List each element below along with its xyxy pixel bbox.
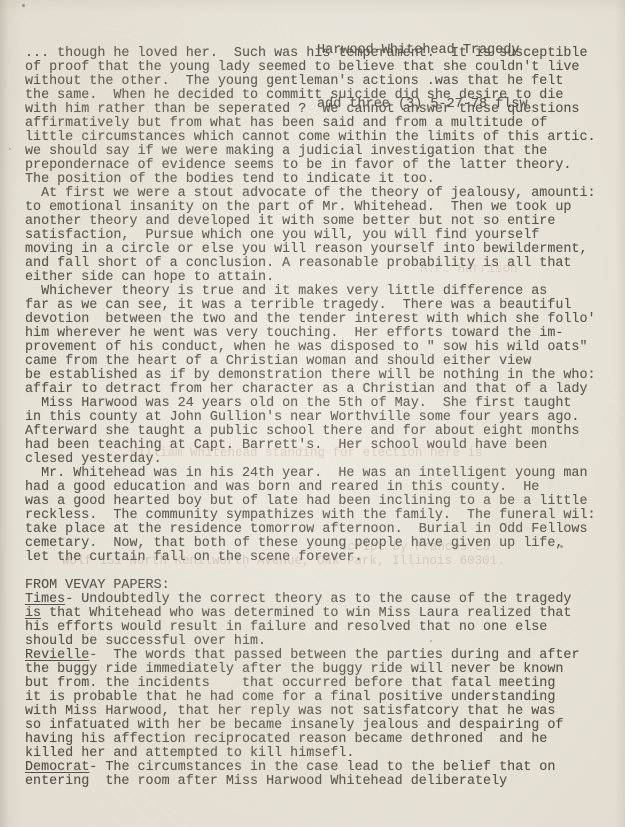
text-line: Afterward she taught a public school the… <box>25 425 596 439</box>
underlined-word: is <box>25 606 41 621</box>
text-line: either side can hope to attain. <box>25 271 596 285</box>
text-line: At first we were a stout advocate of the… <box>25 187 596 201</box>
text-line: entering the room after Miss Harwood Whi… <box>25 775 596 789</box>
text-line: affirmatively but from what has been sai… <box>25 117 596 131</box>
text-line: affair to detract from her character as … <box>25 383 596 397</box>
text-line: the same. When he decided to committ sui… <box>25 89 596 103</box>
text-line: having his affection reciprocated reason… <box>25 733 596 747</box>
text-line: the buggy ride immediately after the bug… <box>25 663 596 677</box>
text-line: with Miss Harwood, that her reply was no… <box>25 705 596 719</box>
text-line: but from. the incidents that occurred be… <box>25 677 596 691</box>
text-line: provement of his conduct, when he was di… <box>25 341 596 355</box>
text-line: we should say if we were making a judici… <box>25 145 596 159</box>
cut-off-bottom-line: Harwood Whitehead Tragedy <box>12 803 245 812</box>
text-line: was a good hearted boy but of late had b… <box>25 495 596 509</box>
paper-speck <box>430 640 432 642</box>
text-line: be established as if by demonstration th… <box>25 369 596 383</box>
text-line: The position of the bodies tend to indic… <box>25 173 596 187</box>
text-line: with him rather than be seperated ? We c… <box>25 103 596 117</box>
text-line: is that Whitehead who was determined to … <box>25 607 596 621</box>
text-line: Mr. Whitehead was in his 24th year. He w… <box>25 467 596 481</box>
text-line: reckless. The community sympathizes with… <box>25 509 596 523</box>
text-line: of proof that the young lady seemed to b… <box>25 61 596 75</box>
text-line: so infatuated with her be became insanel… <box>25 719 596 733</box>
text-line: should be successful over him. <box>25 635 596 649</box>
text-line: it is probable that he had come for a fi… <box>25 691 596 705</box>
paper-speck <box>560 545 563 548</box>
text-line: killed her and attempted to kill himsefl… <box>25 747 596 761</box>
text-line: Times- Undoubtedly the correct theory as… <box>25 593 596 607</box>
text-line: Democrat- The circumstances in the case … <box>25 761 596 775</box>
text-line: cemetary. Now, that both of these young … <box>25 537 596 551</box>
text-line: him wherever he went was very touching. … <box>25 327 596 341</box>
text-line: ... though he loved her. Such was his te… <box>25 47 596 61</box>
text-line: and fall short of a conclusion. A reason… <box>25 257 596 271</box>
text-line: Revielle- The words that passed between … <box>25 649 596 663</box>
text-line: moving in a circle or else you will reas… <box>25 243 596 257</box>
underlined-word: Times <box>25 592 65 607</box>
text-line: another theory and developed it with som… <box>25 215 596 229</box>
text-line <box>25 565 596 579</box>
text-line: to emotional insanity on the part of Mr.… <box>25 201 596 215</box>
text-line: far as we can see, it was a terrible tra… <box>25 299 596 313</box>
text-line: devotion between the two and the tender … <box>25 313 596 327</box>
text-line: came from the heart of a Christian woman… <box>25 355 596 369</box>
paper-speck <box>22 4 25 7</box>
underlined-word: Revielle <box>25 648 89 663</box>
text-line: prepondernace of evidence seems to be in… <box>25 159 596 173</box>
scanned-typewritten-page: H.F. HarrisonWilliam Whitehead standing … <box>0 0 625 827</box>
text-line: Miss Harwood was 24 years old on the 5th… <box>25 397 596 411</box>
text-line: without the other. The young gentleman's… <box>25 75 596 89</box>
text-line: satisfaction, Pursue which one you will,… <box>25 229 596 243</box>
text-line: Whichever theory is true and it makes ve… <box>25 285 596 299</box>
text-line: clesed yesterday. <box>25 453 596 467</box>
text-line: his efforts would result in failure and … <box>25 621 596 635</box>
text-line: in this county at John Gullion's near Wo… <box>25 411 596 425</box>
underlined-word: Democrat <box>25 760 89 775</box>
text-line: had been teaching at Capt. Barrett's. He… <box>25 439 596 453</box>
text-line: FROM VEVAY PAPERS: <box>25 579 596 593</box>
text-line: had a good education and was born and re… <box>25 481 596 495</box>
text-line: take place at the residence tomorrow aft… <box>25 523 596 537</box>
text-line: let the curtain fall on the scene foreve… <box>25 551 596 565</box>
paper-speck <box>9 148 11 150</box>
text-line: little circumstances which cannot come w… <box>25 131 596 145</box>
document-body: ... though he loved her. Such was his te… <box>25 47 596 789</box>
